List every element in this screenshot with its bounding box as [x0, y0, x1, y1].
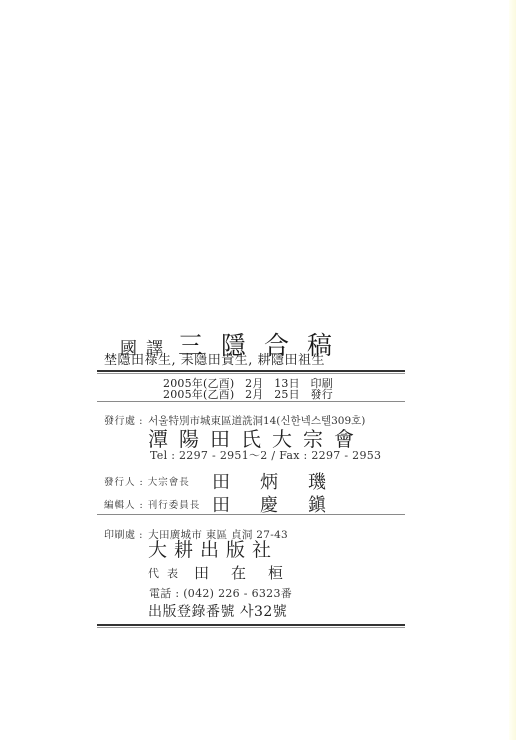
publish-date-year: 2005年(乙酉) — [163, 388, 234, 401]
subtitle: 埜隱田祿生, 耒隱田貴生, 耕隱田祖生 — [104, 349, 325, 368]
printer-name: 大耕出版社 — [148, 535, 278, 562]
publisher-contact: Tel : 2297 - 2951～2 / Fax : 2297 - 2953 — [150, 447, 381, 463]
rule-after-dates — [97, 401, 405, 402]
registration-number: 出版登錄番號 사32號 — [148, 601, 287, 621]
bottom-double-rule — [97, 624, 405, 628]
printer-phone: 電話 : (042) 226 - 6323番 — [149, 585, 292, 601]
page-edge — [509, 0, 516, 740]
top-double-rule — [97, 370, 405, 374]
printer-label: 印刷處 : — [104, 530, 143, 541]
publish-date-month: 2月 — [245, 388, 263, 401]
printer-rep-label: 代表 — [148, 565, 186, 581]
editor-person-label: 編輯人 : 刊行委員長 — [104, 497, 212, 511]
printer-rep-row: 代表 田在桓 — [148, 562, 305, 583]
publish-date-line: 2005年(乙酉) 2月 25日 發行 — [163, 389, 340, 401]
rule-after-people — [97, 514, 405, 515]
publisher-label: 發行處 : — [104, 416, 143, 427]
publish-date-day: 25日 — [274, 388, 300, 401]
printer-rep-name: 田在桓 — [194, 562, 305, 583]
publisher-person-label: 發行人 : 大宗會長 — [104, 474, 212, 488]
publish-date-action: 發行 — [311, 388, 333, 401]
